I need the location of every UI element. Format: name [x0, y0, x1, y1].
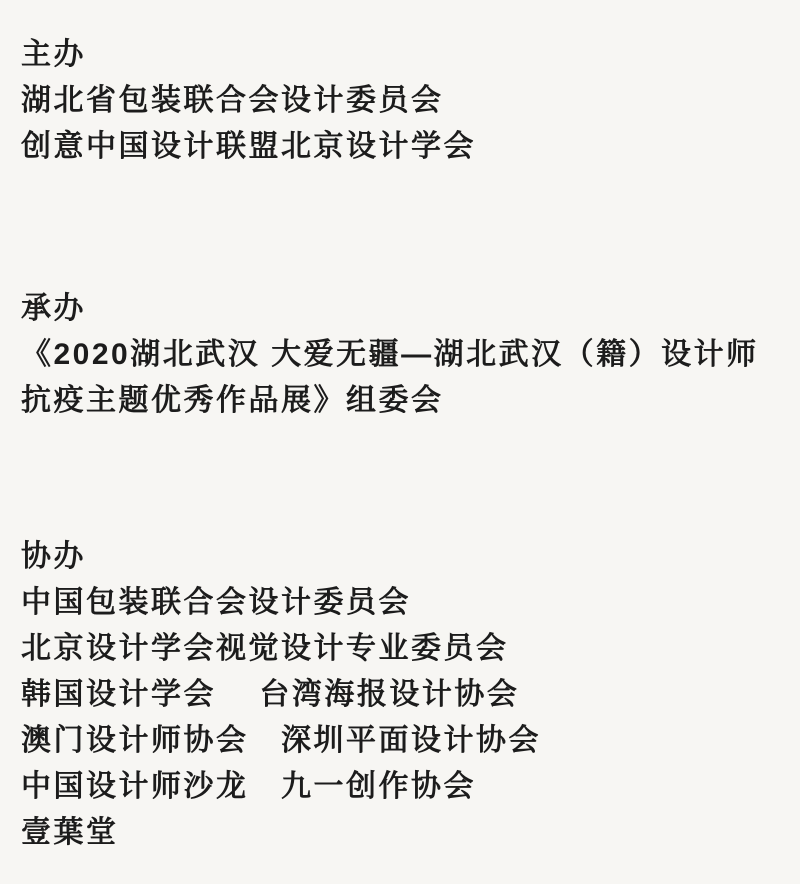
org-line: 澳门设计师协会 深圳平面设计协会 [21, 718, 792, 764]
section-hosts-title: 主办 [21, 32, 792, 78]
org-line: 湖北省包装联合会设计委员会 [21, 78, 792, 124]
section-hosts: 主办 湖北省包装联合会设计委员会 创意中国设计联盟北京设计学会 [21, 32, 792, 170]
org-line: 中国包装联合会设计委员会 [21, 580, 792, 626]
org-line: 壹葉堂 [21, 810, 792, 856]
org-line: 韩国设计学会 台湾海报设计协会 [21, 672, 792, 718]
section-undertaker: 承办 《2020湖北武汉 大爱无疆—湖北武汉（籍）设计师 抗疫主题优秀作品展》组… [21, 286, 792, 424]
org-line: 中国设计师沙龙 九一创作协会 [21, 764, 792, 810]
org-line: 创意中国设计联盟北京设计学会 [21, 124, 792, 170]
page: 主办 湖北省包装联合会设计委员会 创意中国设计联盟北京设计学会 承办 《2020… [0, 0, 800, 884]
section-cohosts: 协办 中国包装联合会设计委员会 北京设计学会视觉设计专业委员会 韩国设计学会 台… [21, 534, 792, 856]
section-undertaker-title: 承办 [21, 286, 792, 332]
section-cohosts-title: 协办 [21, 534, 792, 580]
org-line: 《2020湖北武汉 大爱无疆—湖北武汉（籍）设计师 [21, 332, 792, 378]
org-line: 北京设计学会视觉设计专业委员会 [21, 626, 792, 672]
org-line: 抗疫主题优秀作品展》组委会 [21, 378, 792, 424]
